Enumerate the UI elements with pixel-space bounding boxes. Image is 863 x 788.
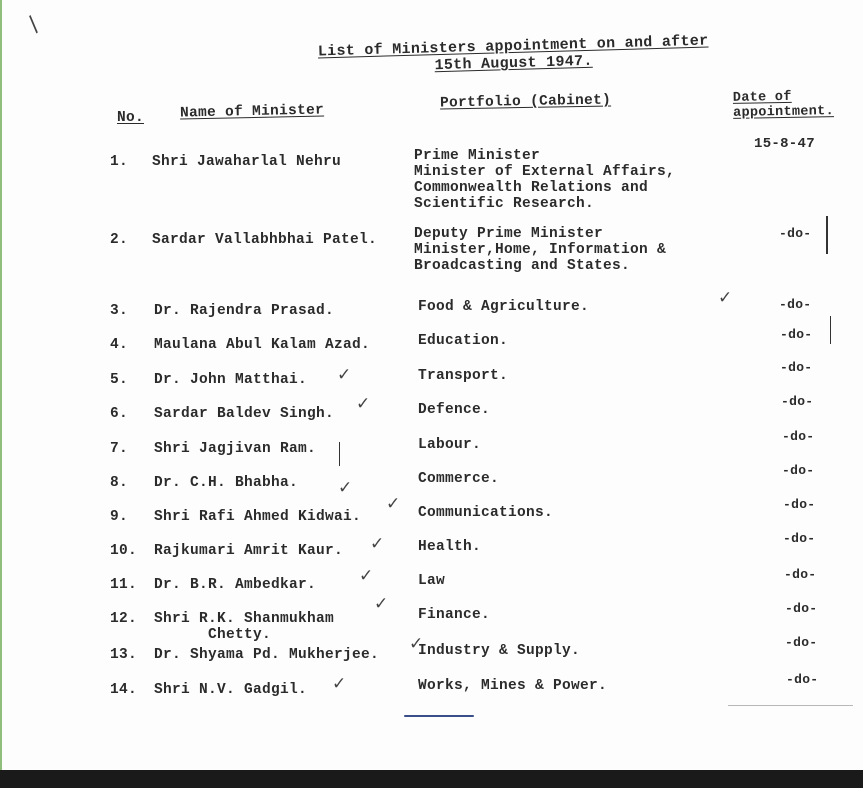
minister-row: 3.Dr. Rajendra Prasad.Food & Agriculture… (2, 303, 863, 323)
column-header-date: Date of appointment. (733, 89, 834, 121)
portfolio: Health. (418, 539, 481, 555)
row-number: 1. (110, 154, 128, 170)
portfolio: Finance. (418, 607, 490, 623)
row-number: 12. (110, 611, 137, 627)
appointment-date: 15-8-47 (754, 136, 815, 152)
date-header-line-1: Date of (733, 90, 792, 106)
portfolio: Industry & Supply. (418, 643, 580, 659)
minister-name: Dr. Shyama Pd. Mukherjee. (154, 647, 379, 663)
check-mark-icon: ✓ (386, 494, 401, 514)
faint-rule-line (728, 705, 853, 706)
row-number: 4. (110, 337, 128, 353)
portfolio: Prime Minister Minister of External Affa… (414, 148, 675, 212)
column-header-no: No. (117, 110, 144, 126)
appointment-date: -do- (782, 429, 814, 444)
appointment-date: -do- (783, 531, 815, 546)
check-mark-icon: ✓ (332, 674, 347, 694)
minister-name: Shri Rafi Ahmed Kidwai. (154, 509, 361, 525)
minister-row: 2.Sardar Vallabhbhai Patel.Deputy Prime … (2, 232, 863, 252)
minister-name: Shri R.K. Shanmukham Chetty. (154, 611, 334, 643)
minister-name: Shri Jawaharlal Nehru (152, 154, 341, 170)
minister-row: 11.Dr. B.R. Ambedkar.Law-do- (2, 577, 863, 597)
date-header-line-2: appointment. (733, 104, 834, 121)
minister-row: 5.Dr. John Matthai.Transport.-do- (2, 372, 863, 392)
margin-line-mark (339, 442, 340, 466)
portfolio: Transport. (418, 368, 508, 384)
appointment-date: -do- (784, 567, 816, 582)
minister-row: 14.Shri N.V. Gadgil.Works, Mines & Power… (2, 682, 863, 702)
appointment-date: -do- (783, 497, 815, 512)
row-number: 10. (110, 543, 137, 559)
row-number: 11. (110, 577, 137, 593)
portfolio: Commerce. (418, 471, 499, 487)
title-line-2: 15th August 1947. (434, 53, 593, 74)
check-mark-icon: ✓ (359, 566, 374, 586)
appointment-date: -do- (785, 635, 817, 650)
row-number: 3. (110, 303, 128, 319)
appointment-date: -do- (780, 360, 812, 375)
check-mark-icon: ✓ (338, 478, 353, 498)
appointment-date: -do- (786, 672, 818, 687)
minister-row: 12.Shri R.K. Shanmukham Chetty.Finance.-… (2, 611, 863, 631)
minister-name: Shri N.V. Gadgil. (154, 682, 307, 698)
row-number: 7. (110, 441, 128, 457)
appointment-date: -do- (780, 327, 812, 342)
minister-row: 1.Shri Jawaharlal NehruPrime Minister Mi… (2, 154, 863, 174)
row-number: 6. (110, 406, 128, 422)
portfolio: Defence. (418, 402, 490, 418)
minister-name: Dr. B.R. Ambedkar. (154, 577, 316, 593)
pen-stroke-mark: / (23, 12, 45, 36)
minister-name: Sardar Baldev Singh. (154, 406, 334, 422)
minister-name: Dr. Rajendra Prasad. (154, 303, 334, 319)
row-number: 14. (110, 682, 137, 698)
column-header-name: Name of Minister (180, 102, 324, 121)
minister-name: Shri Jagjivan Ram. (154, 441, 316, 457)
minister-name: Dr. C.H. Bhabha. (154, 475, 298, 491)
appointment-date: -do- (782, 463, 814, 478)
minister-row: 4.Maulana Abul Kalam Azad.Education.-do- (2, 337, 863, 357)
row-number: 5. (110, 372, 128, 388)
row-number: 2. (110, 232, 128, 248)
minister-row: 10.Rajkumari Amrit Kaur.Health.-do- (2, 543, 863, 563)
minister-row: 6.Sardar Baldev Singh.Defence.-do- (2, 406, 863, 426)
portfolio: Deputy Prime Minister Minister,Home, Inf… (414, 226, 666, 274)
appointment-date: -do- (779, 297, 811, 312)
scanned-document-page: List of Ministers appointment on and aft… (0, 0, 863, 770)
portfolio: Works, Mines & Power. (418, 678, 607, 694)
portfolio: Food & Agriculture. (418, 299, 589, 315)
appointment-date: -do- (781, 394, 813, 409)
document-title: List of Ministers appointment on and aft… (298, 32, 729, 78)
check-mark-icon: ✓ (718, 288, 733, 308)
portfolio: Law (418, 573, 445, 589)
margin-line-mark (830, 316, 831, 344)
margin-line-mark (826, 216, 828, 254)
appointment-date: -do- (785, 601, 817, 616)
column-header-portfolio: Portfolio (Cabinet) (440, 93, 611, 112)
minister-name: Dr. John Matthai. (154, 372, 307, 388)
row-number: 8. (110, 475, 128, 491)
check-mark-icon: ✓ (337, 365, 352, 385)
check-mark-icon: ✓ (356, 394, 371, 414)
viewer-bottom-bar (0, 770, 863, 788)
row-number: 9. (110, 509, 128, 525)
portfolio: Communications. (418, 505, 553, 521)
portfolio: Labour. (418, 437, 481, 453)
check-mark-icon: ✓ (370, 534, 385, 554)
appointment-date: -do- (779, 226, 811, 241)
check-mark-icon: ✓ (374, 594, 389, 614)
minister-row: 7.Shri Jagjivan Ram.Labour.-do- (2, 441, 863, 461)
portfolio: Education. (418, 333, 508, 349)
row-number: 13. (110, 647, 137, 663)
minister-name: Rajkumari Amrit Kaur. (154, 543, 343, 559)
minister-name: Sardar Vallabhbhai Patel. (152, 232, 377, 248)
blue-ink-underline (404, 715, 474, 717)
minister-row: 8.Dr. C.H. Bhabha.Commerce.-do- (2, 475, 863, 495)
minister-name: Maulana Abul Kalam Azad. (154, 337, 370, 353)
minister-row: 9.Shri Rafi Ahmed Kidwai.Communications.… (2, 509, 863, 529)
minister-row: 13.Dr. Shyama Pd. Mukherjee.Industry & S… (2, 647, 863, 667)
check-mark-icon: ✓ (409, 634, 424, 654)
